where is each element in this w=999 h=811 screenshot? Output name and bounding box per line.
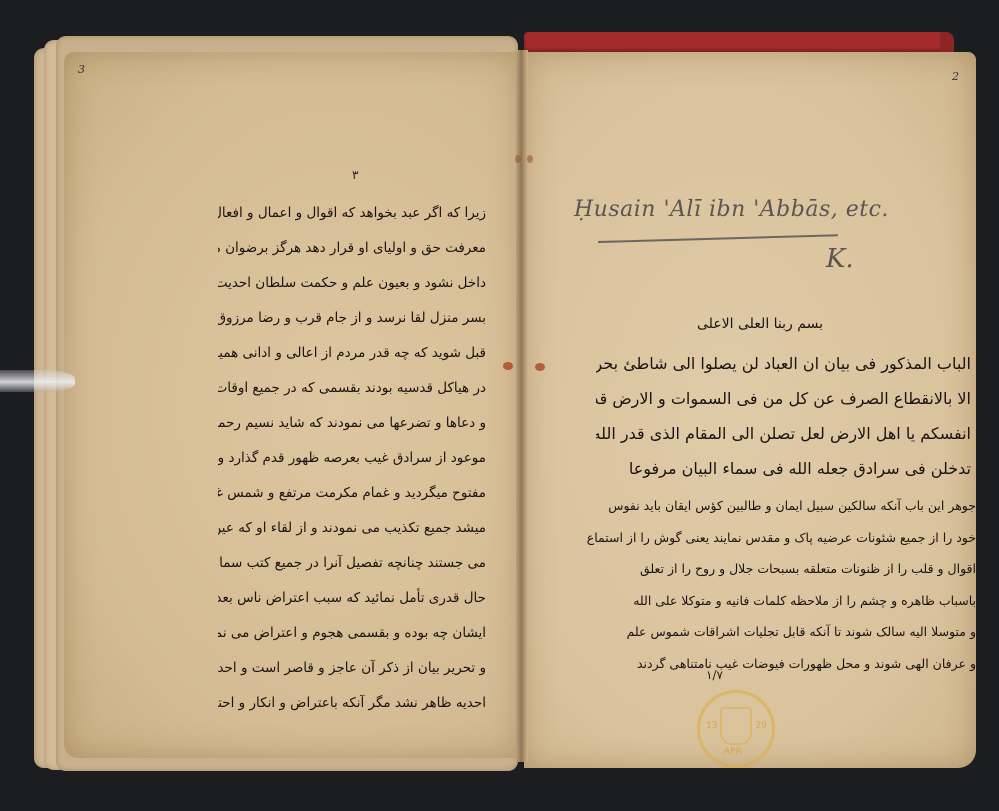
right-page-main-text: الباب المذکور فی بیان ان العباد لن یصلوا… [596, 346, 971, 486]
text-line: خود را از جمیع شئونات عرضیه پاک و مقدس ن… [556, 522, 976, 554]
library-stamp: 13 29 APR [697, 690, 775, 768]
right-page-secondary-text: جوهر این باب آنکه سالکین سبیل ایمان و طا… [556, 490, 976, 679]
text-line: مفتوح میگردید و غمام مکرمت مرتفع و شمس غ… [218, 476, 486, 511]
bottom-marginal-mark: ۱/۷ [706, 668, 723, 682]
text-line: داخل نشود و بعیون علم و حکمت سلطان احدیت… [218, 266, 486, 301]
text-line: میشد جمیع تکذیب می نمودند و از لقاء او ک… [218, 511, 486, 546]
right-folio-number: 2 [952, 70, 959, 83]
text-line: باسباب ظاهره و چشم را از ملاحظه کلمات فا… [556, 585, 976, 617]
text-line: بسر منزل لقا نرسد و از جام قرب و رضا مرز… [218, 301, 486, 336]
text-line: و عرفان الهی شوند و محل ظهورات فیوضات غی… [556, 648, 976, 680]
left-folio-number: 3 [78, 63, 85, 76]
text-line: اقوال و قلب را از ظنونات متعلقه بسبحات ج… [556, 553, 976, 585]
left-page-text: زیرا که اگر عبد بخواهد که اقوال و اعمال … [218, 196, 486, 721]
text-line: جوهر این باب آنکه سالکین سبیل ایمان و طا… [556, 490, 976, 522]
pencil-initial: K. [826, 244, 854, 274]
text-line: تدخلن فی سرادق جعله الله فی سماء البیان … [596, 451, 971, 486]
red-stain [503, 362, 513, 370]
text-line: ایشان چه بوده و بقسمی هجوم و اعتراض می ن… [218, 616, 486, 651]
text-line: و متوسلا الیه سالک شوند تا آنکه قابل تجل… [556, 616, 976, 648]
crest-icon [720, 707, 752, 745]
text-line: قبل شوید که چه قدر مردم از اعالی و ادانی… [218, 336, 486, 371]
text-line: زیرا که اگر عبد بخواهد که اقوال و اعمال … [218, 196, 486, 231]
text-line: موعود از سرادق غیب بعرصه ظهور قدم گذارد … [218, 441, 486, 476]
red-stain [515, 155, 521, 163]
stamp-day: 13 [706, 721, 717, 731]
text-line: می جستند چنانچه تفصیل آنرا در جمیع کتب س… [218, 546, 486, 581]
pencil-annotation: Ḥusain 'Alī ibn 'Abbās, etc. [574, 197, 889, 222]
text-line: معرفت حق و اولیای او قرار دهد هرگز برضوا… [218, 231, 486, 266]
text-line: و تحریر بیان از ذکر آن عاجز و قاصر است و… [218, 651, 486, 686]
text-line: در هیاکل قدسیه بودند بقسمی که در جمیع او… [218, 371, 486, 406]
arabic-page-number: ٣ [352, 168, 358, 182]
red-stain [527, 155, 533, 163]
red-cloth-cover [524, 32, 949, 52]
text-line: انفسکم یا اهل الارض لعل تصلن الی المقام … [596, 416, 971, 451]
text-line: و دعاها و تضرعها می نمودند که شاید نسیم … [218, 406, 486, 441]
stamp-year: 29 [756, 721, 767, 731]
text-line: الباب المذکور فی بیان ان العباد لن یصلوا… [596, 346, 971, 381]
stamp-month: APR [724, 747, 742, 757]
basmala-heading: بسم ربنا العلی الاعلی [620, 316, 900, 332]
text-line: احدیه ظاهر نشد مگر آنکه باعتراض و انکار … [218, 686, 486, 721]
text-line: حال قدری تأمل نمائید که سبب اعتراض ناس ب… [218, 581, 486, 616]
text-line: الا بالانقطاع الصرف عن کل من فی السموات … [596, 381, 971, 416]
glass-page-weight [0, 370, 75, 392]
red-stain [535, 363, 545, 371]
